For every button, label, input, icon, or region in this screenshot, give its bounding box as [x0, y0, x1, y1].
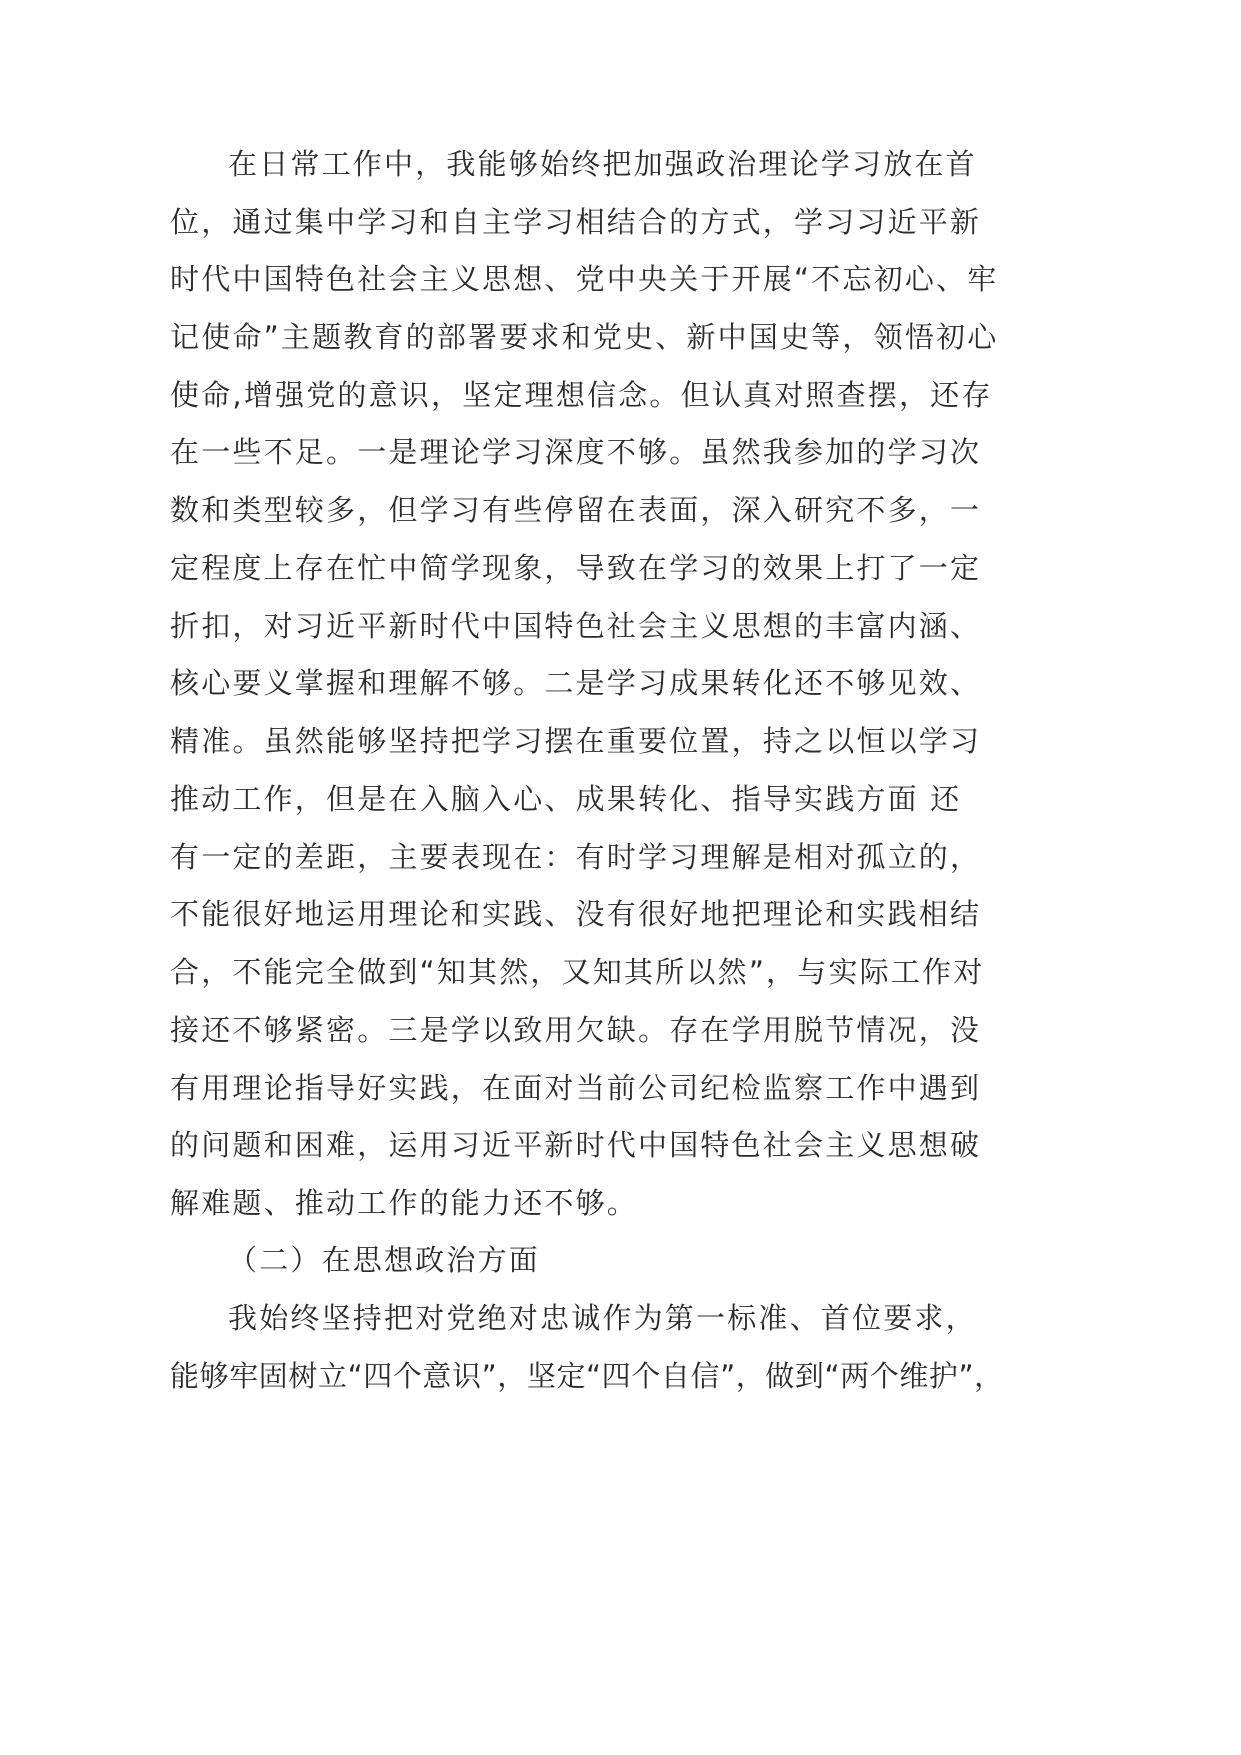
paragraph-line: 位，通过集中学习和自主学习相结合的方式，学习习近平新	[170, 202, 945, 242]
paragraph-line: 推动工作，但是在入脑入心、成果转化、指导实践方面 还	[170, 779, 945, 819]
paragraph-line: 使命,增强党的意识，坚定理想信念。但认真对照查摆，还存	[170, 375, 945, 415]
paragraph-line: 在一些不足。一是理论学习深度不够。虽然我参加的学习次	[170, 432, 945, 472]
paragraph-line: 接还不够紧密。三是学以致用欠缺。存在学用脱节情况，没	[170, 1010, 945, 1050]
paragraph-line: 我始终坚持把对党绝对忠诚作为第一标准、首位要求，	[228, 1298, 945, 1338]
paragraph-line: 在日常工作中，我能够始终把加强政治理论学习放在首	[228, 144, 945, 184]
document-page: 在日常工作中，我能够始终把加强政治理论学习放在首 位，通过集中学习和自主学习相结…	[0, 0, 1241, 1755]
section-heading: （二）在思想政治方面	[228, 1240, 1003, 1280]
paragraph-line: 能够牢固树立“四个意识”，坚定“四个自信”，做到“两个维护”，	[170, 1356, 945, 1396]
paragraph-line: 数和类型较多，但学习有些停留在表面，深入研究不多，一	[170, 490, 945, 530]
paragraph-line: 时代中国特色社会主义思想、党中央关于开展“不忘初心、牢	[170, 259, 945, 299]
paragraph-line: 定程度上存在忙中简学现象，导致在学习的效果上打了一定	[170, 548, 945, 588]
paragraph-line: 有用理论指导好实践，在面对当前公司纪检监察工作中遇到	[170, 1068, 945, 1108]
paragraph-line: 精准。虽然能够坚持把学习摆在重要位置，持之以恒以学习	[170, 721, 945, 761]
paragraph-line: 合，不能完全做到“知其然，又知其所以然”，与实际工作对	[170, 952, 945, 992]
paragraph-line: 的问题和困难，运用习近平新时代中国特色社会主义思想破	[170, 1125, 945, 1165]
paragraph-line: 核心要义掌握和理解不够。二是学习成果转化还不够见效、	[170, 663, 945, 703]
paragraph-line: 折扣，对习近平新时代中国特色社会主义思想的丰富内涵、	[170, 606, 945, 646]
paragraph-line: 解难题、推动工作的能力还不够。	[170, 1183, 945, 1223]
paragraph-line: 有一定的差距，主要表现在：有时学习理解是相对孤立的，	[170, 837, 945, 877]
paragraph-line: 记使命”主题教育的部署要求和党史、新中国史等，领悟初心	[170, 317, 945, 357]
paragraph-line: 不能很好地运用理论和实践、没有很好地把理论和实践相结	[170, 894, 945, 934]
